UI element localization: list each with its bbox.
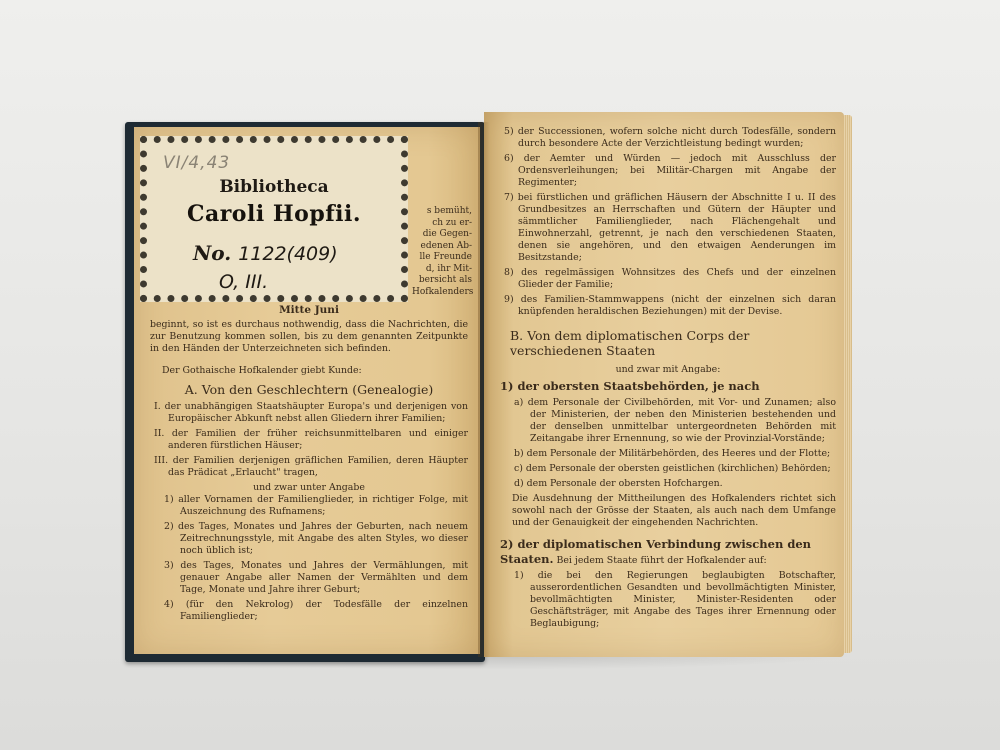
fragment-line: Hofkalenders xyxy=(412,287,472,299)
list-item: III. der Familien derjenigen gräflichen … xyxy=(150,455,468,479)
bookplate-owner: Caroli Hopfii. xyxy=(157,201,391,227)
list-item: 9) des Familien-Stammwappens (nicht der … xyxy=(500,294,836,318)
sub-list-item: 1) aller Vornamen der Familienglieder, i… xyxy=(150,494,468,518)
number-label: No. xyxy=(193,241,231,265)
fragment-line: edenen Ab- xyxy=(412,241,472,253)
bookplate-number: No. 1122(409) xyxy=(193,241,338,265)
left-page-text: Mitte Juni beginnt, so ist es durchaus n… xyxy=(150,304,468,626)
fragment-line: lle Freunde xyxy=(412,252,472,264)
right-page-text: 5) der Successionen, wofern solche nicht… xyxy=(500,126,836,633)
list-item: 5) der Successionen, wofern solche nicht… xyxy=(500,126,836,150)
fragment-line: bersicht als xyxy=(412,275,472,287)
sub-list-item: 1) die bei den Regierungen beglaubigten … xyxy=(500,570,836,630)
fragment-line: s bemüht, xyxy=(412,206,472,218)
list-item: II. der Familien der früher reichsunmitt… xyxy=(150,428,468,452)
mitte-juni-heading: Mitte Juni xyxy=(150,304,468,316)
bookplate-label: VI/4,43 Bibliotheca Caroli Hopfii. No. 1… xyxy=(140,136,408,302)
unter-angabe-line: und zwar unter Angabe xyxy=(150,482,468,494)
kunde-line: Der Gothaische Hofkalender giebt Kunde: xyxy=(150,365,468,377)
sub-list-item: d) dem Personale der obersten Hofchargen… xyxy=(500,478,836,490)
intro-paragraph: beginnt, so ist es durchaus nothwendig, … xyxy=(150,319,468,355)
point-1-heading: 1) der obersten Staatsbehörden, je nach xyxy=(500,379,836,394)
mit-angabe-line: und zwar mit Angabe: xyxy=(500,364,836,376)
book-gutter xyxy=(478,122,490,657)
list-item: I. der unabhängigen Staatshäupter Europa… xyxy=(150,401,468,425)
bookplate-title: Bibliotheca xyxy=(157,177,391,197)
sub-list-item: 3) des Tages, Monates und Jahres der Ver… xyxy=(150,560,468,596)
label-covered-fragments: s bemüht, ch zu er- die Gegen- edenen Ab… xyxy=(412,206,472,298)
section-a-heading: A. Von den Geschlechtern (Genealogie) xyxy=(150,382,468,397)
point-2-rest: Bei jedem Staate führt der Hofkalender a… xyxy=(557,555,767,566)
ausdehnung-paragraph: Die Ausdehnung der Mittheilungen des Hof… xyxy=(500,493,836,529)
sub-list-item: 4) (für den Nekrolog) der Todesfälle der… xyxy=(150,599,468,623)
shelfmark-pencil: VI/4,43 xyxy=(163,153,230,173)
list-item: 8) des regelmässigen Wohnsitzes des Chef… xyxy=(500,267,836,291)
bookplate-submark: O, III. xyxy=(219,271,268,293)
page-edges xyxy=(844,115,852,653)
section-b-heading: B. Von dem diplomatischen Corps der vers… xyxy=(500,328,836,358)
sub-list-item: a) dem Personale der Civilbehörden, mit … xyxy=(500,397,836,445)
list-item: 7) bei fürstlichen und gräflichen Häuser… xyxy=(500,192,836,264)
fragment-line: die Gegen- xyxy=(412,229,472,241)
fragment-line: ch zu er- xyxy=(412,218,472,230)
sub-list-item: c) dem Personale der obersten geistliche… xyxy=(500,463,836,475)
sub-list-item: b) dem Personale der Militärbehörden, de… xyxy=(500,448,836,460)
number-value: 1122(409) xyxy=(238,243,337,265)
fragment-line: d, ihr Mit- xyxy=(412,264,472,276)
list-item: 6) der Aemter und Würden — jedoch mit Au… xyxy=(500,153,836,189)
sub-list-item: 2) des Tages, Monates und Jahres der Geb… xyxy=(150,521,468,557)
